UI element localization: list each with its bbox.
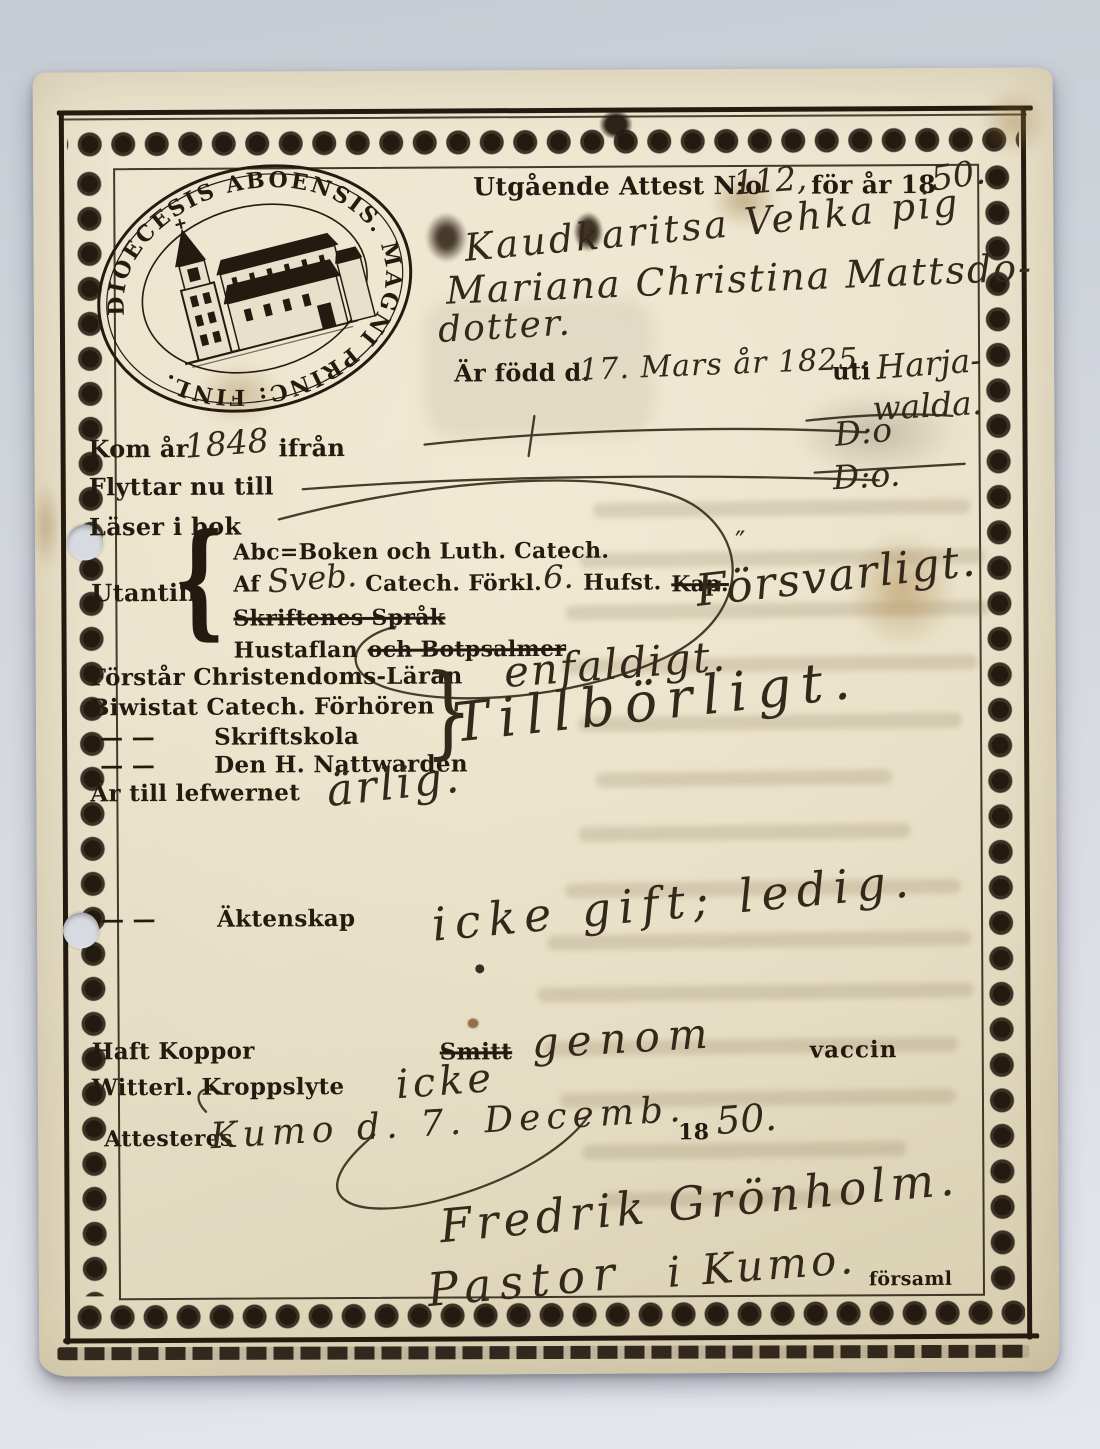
diocese-seal: DIOECESIS ABOENSIS. MAGNI PRINC: FINL. bbox=[89, 157, 420, 421]
lefwernet-label: Är till lefwernet bbox=[90, 779, 300, 807]
utantill-skriftenes-struck: Skriftenes Språk bbox=[233, 605, 445, 632]
aktenskap-dashes: — — bbox=[101, 906, 156, 933]
ifran-label: ifrån bbox=[278, 433, 345, 462]
forstar-label: Förstår Christendoms-Läran bbox=[90, 662, 463, 691]
koppor-label: Haft Koppor bbox=[92, 1038, 255, 1066]
flyttar-label: Flyttar nu till bbox=[89, 471, 274, 501]
frame-rule-right bbox=[1021, 105, 1032, 1339]
vaccin-label: vaccin bbox=[810, 1036, 898, 1063]
utantill-six-handwritten: 6. bbox=[543, 558, 574, 596]
ditto-mark-1: D:o bbox=[833, 410, 894, 454]
utantill-hustaflan-label: Hustaflan bbox=[234, 637, 358, 664]
utantill-sveb-handwritten: Sveb. bbox=[266, 556, 358, 601]
aktenskap-label: Äktenskap bbox=[217, 905, 355, 933]
utantill-item-af-label: Af bbox=[233, 571, 260, 597]
ink-blot bbox=[425, 212, 467, 262]
utantill-brace: { bbox=[173, 518, 226, 642]
skriftskola-label: Skriftskola bbox=[214, 723, 359, 751]
utantill-hufst-label: Hufst. bbox=[583, 569, 661, 595]
kroppslyte-label: Witterl. Kroppslyte bbox=[92, 1073, 345, 1101]
punch-hole-bottom bbox=[63, 912, 99, 948]
forsaml-printed: församl bbox=[869, 1268, 952, 1290]
grade-ditto-marks: ″ bbox=[735, 525, 746, 558]
kom-ar-year-handwritten: 1848 bbox=[183, 421, 270, 466]
attest-year-handwritten: 50. bbox=[715, 1095, 779, 1143]
frame-rule-left bbox=[59, 111, 70, 1345]
bottom-ornament-band bbox=[57, 1345, 1029, 1361]
bleed-through-text bbox=[33, 67, 1053, 72]
recipient-line3: dotter. bbox=[437, 302, 573, 351]
edge-stain bbox=[33, 481, 62, 571]
born-uti-label: uti bbox=[832, 356, 871, 385]
biwistat-label: Biwistat Catech. Förhören bbox=[90, 693, 435, 722]
kom-ar-label: Kom år bbox=[88, 434, 188, 464]
certificate-paper: DIOECESIS ABOENSIS. MAGNI PRINC: FINL. bbox=[33, 67, 1060, 1376]
attest-century-printed: 18 bbox=[678, 1119, 709, 1145]
header-attest-label: Utgående Attest N:o bbox=[473, 171, 762, 202]
ditto-mark-2: D:o. bbox=[832, 454, 901, 497]
foxing-stain bbox=[979, 87, 1049, 157]
born-label: Är född d. bbox=[454, 358, 590, 388]
nattwarden-dashes: — — bbox=[100, 752, 155, 779]
ink-blot-border bbox=[599, 110, 633, 140]
ink-dot bbox=[475, 964, 484, 973]
rust-dot bbox=[468, 1018, 479, 1028]
born-place-line1: Harja- bbox=[875, 340, 983, 387]
skriftskola-dashes: — — bbox=[100, 724, 155, 751]
utantill-catech-forkl-label: Catech. Förkl. bbox=[365, 570, 542, 597]
